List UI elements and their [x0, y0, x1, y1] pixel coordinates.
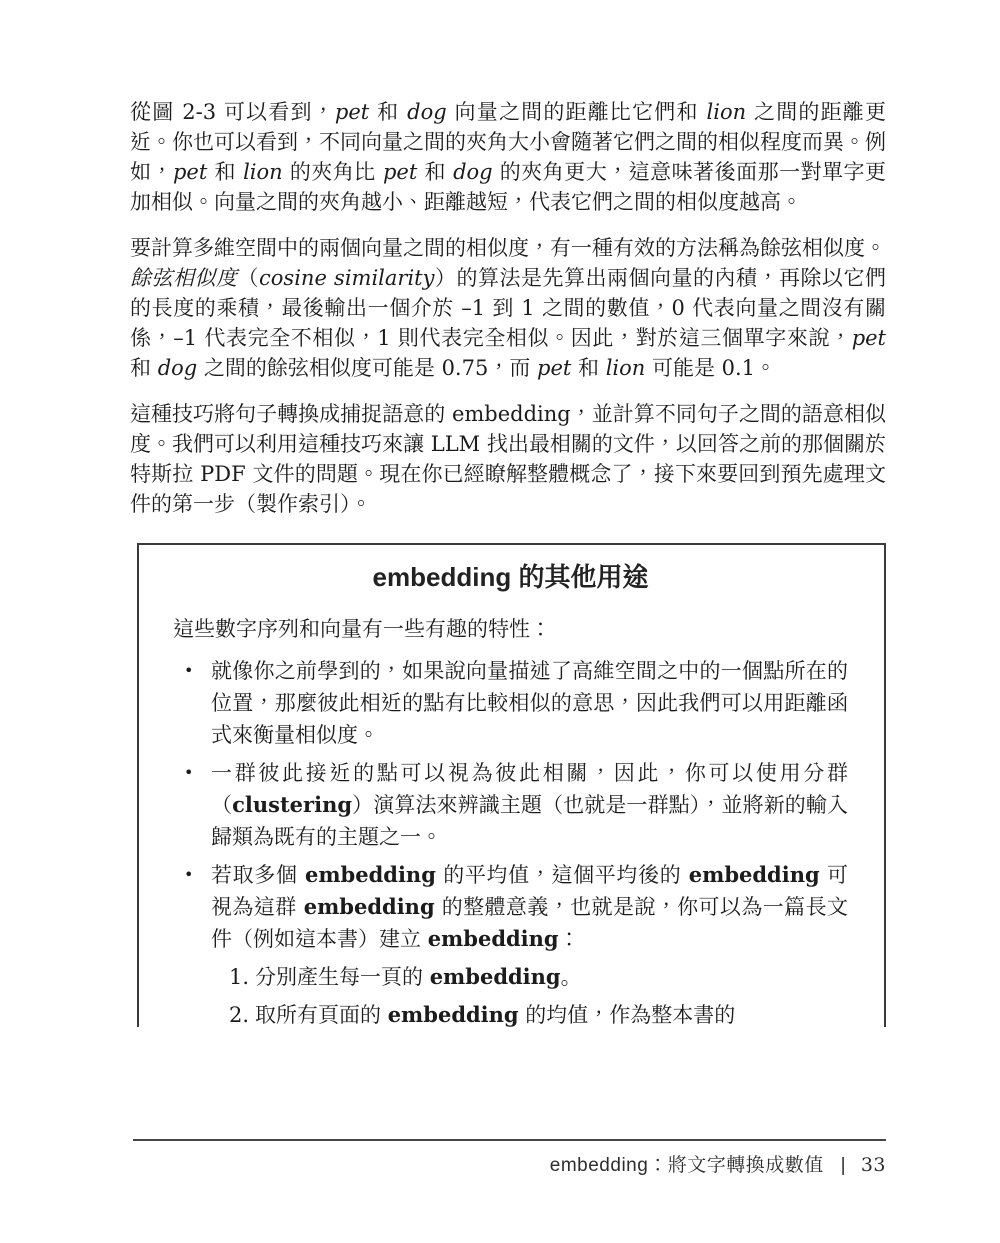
bullet-text: 若取多個 embedding 的平均值，這個平均後的 embedding 可視為… — [211, 859, 848, 955]
bullet-item-3: • 若取多個 embedding 的平均值，這個平均後的 embedding 可… — [173, 859, 848, 955]
footer-rule — [133, 1139, 886, 1141]
bullet-text: 就像你之前學到的，如果說向量描述了高維空間之中的一個點所在的位置，那麼彼此相近的… — [211, 655, 848, 751]
page-content: 從圖 2-3 可以看到，pet 和 dog 向量之間的距離比它們和 lion 之… — [130, 97, 886, 1027]
body-paragraph-1: 從圖 2-3 可以看到，pet 和 dog 向量之間的距離比它們和 lion 之… — [130, 97, 886, 217]
body-paragraph-3: 這種技巧將句子轉換成捕捉語意的 embedding，並計算不同句子之間的語意相似… — [130, 399, 886, 519]
book-page: 從圖 2-3 可以看到，pet 和 dog 向量之間的距離比它們和 lion 之… — [0, 0, 1000, 1243]
bullet-item-1: • 就像你之前學到的，如果說向量描述了高維空間之中的一個點所在的位置，那麼彼此相… — [173, 655, 848, 751]
numbered-item-2: 2. 取所有頁面的 embedding 的均值，作為整本書的 embedding… — [229, 999, 848, 1027]
numbered-item-marker: 1. — [229, 961, 255, 993]
bullet-item-2: • 一群彼此接近的點可以視為彼此相關，因此，你可以使用分群（clustering… — [173, 757, 848, 853]
numbered-item-text: 分別產生每一頁的 embedding。 — [255, 961, 848, 993]
numbered-item-text: 取所有頁面的 embedding 的均值，作為整本書的 embedding。 — [255, 999, 848, 1027]
footer-page-number: 33 — [861, 1154, 886, 1176]
sidebar-box-intro: 這些數字序列和向量有一些有趣的特性： — [173, 613, 848, 645]
bullet-marker: • — [184, 859, 211, 955]
page-footer: embedding：將文字轉換成數值 | 33 — [133, 1139, 886, 1177]
numbered-item-1: 1. 分別產生每一頁的 embedding。 — [229, 961, 848, 993]
numbered-list: 1. 分別產生每一頁的 embedding。 2. 取所有頁面的 embeddi… — [229, 961, 848, 1027]
footer-separator: | — [841, 1155, 846, 1176]
bullet-list: • 就像你之前學到的，如果說向量描述了高維空間之中的一個點所在的位置，那麼彼此相… — [173, 655, 848, 955]
footer-chapter-title: embedding：將文字轉換成數值 — [550, 1155, 824, 1176]
sidebar-box: embedding 的其他用途 這些數字序列和向量有一些有趣的特性： • 就像你… — [137, 543, 886, 1027]
bullet-text: 一群彼此接近的點可以視為彼此相關，因此，你可以使用分群（clustering）演… — [211, 757, 848, 853]
sidebar-box-title: embedding 的其他用途 — [173, 561, 848, 593]
body-paragraph-2: 要計算多維空間中的兩個向量之間的相似度，有一種有效的方法稱為餘弦相似度。餘弦相似… — [130, 233, 886, 383]
footer-text: embedding：將文字轉換成數值 | 33 — [133, 1150, 886, 1177]
bullet-marker: • — [184, 757, 211, 853]
numbered-item-marker: 2. — [229, 999, 255, 1027]
bullet-marker: • — [184, 655, 211, 751]
